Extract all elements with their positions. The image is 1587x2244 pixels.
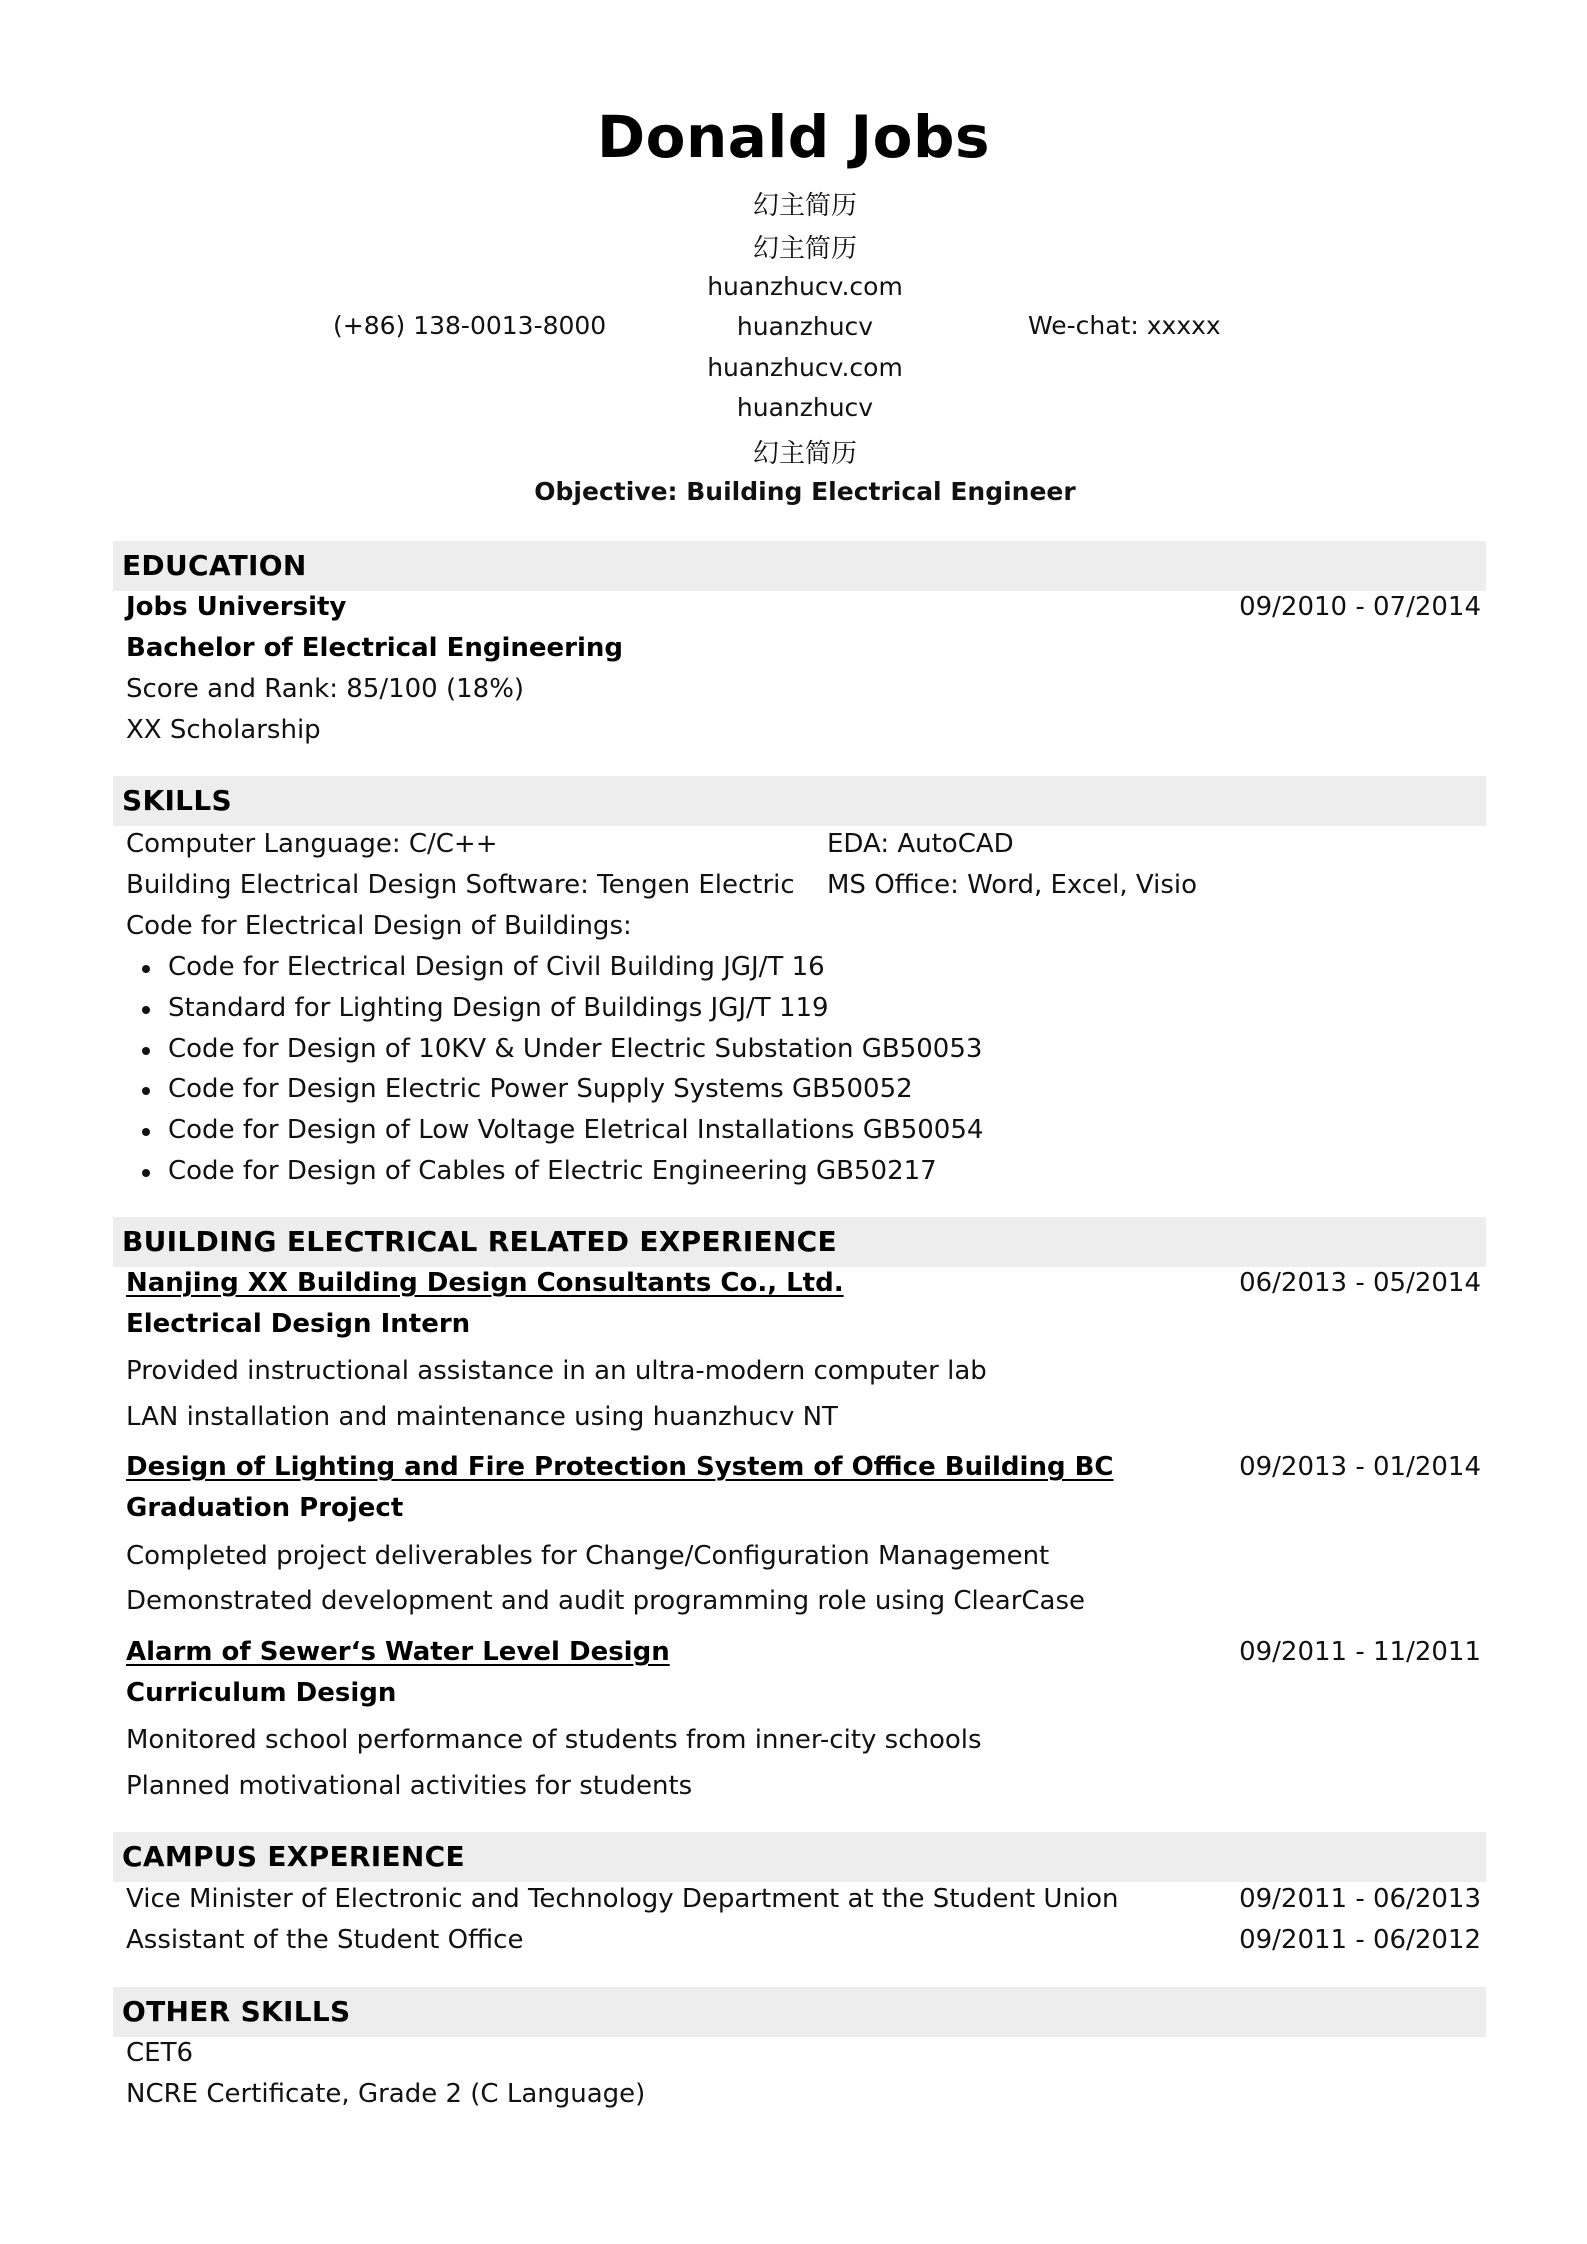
experience-dates: 09/2013 - 01/2014 <box>1239 1452 1481 1482</box>
bullet-icon <box>142 1169 150 1177</box>
wechat-id: We-chat: xxxxx <box>1028 311 1221 340</box>
header-line: 幻主简历 <box>0 185 1587 222</box>
bullet-icon <box>142 1047 150 1055</box>
code-item: Code for Design of 10KV & Under Electric… <box>168 1034 982 1064</box>
bullet-icon <box>142 1087 150 1095</box>
experience-detail: LAN installation and maintenance using h… <box>126 1402 838 1432</box>
other-skill-item: NCRE Certificate, Grade 2 (C Language) <box>126 2079 645 2109</box>
experience-detail: Demonstrated development and audit progr… <box>126 1586 1085 1616</box>
skill-codes-label: Code for Electrical Design of Buildings: <box>126 911 632 941</box>
section-title: CAMPUS EXPERIENCE <box>122 1840 465 1873</box>
experience-role: Curriculum Design <box>126 1678 396 1708</box>
code-item: Code for Design of Low Voltage Eletrical… <box>168 1115 983 1145</box>
experience-dates: 09/2011 - 11/2011 <box>1239 1637 1481 1667</box>
experience-org: Alarm of Sewer‘s Water Level Design <box>126 1637 670 1667</box>
code-item: Code for Electrical Design of Civil Buil… <box>168 952 825 982</box>
experience-org: Design of Lighting and Fire Protection S… <box>126 1452 1114 1482</box>
bullet-icon <box>142 1128 150 1136</box>
section-header-experience: BUILDING ELECTRICAL RELATED EXPERIENCE <box>113 1217 1486 1267</box>
school-name: Jobs University <box>126 592 346 622</box>
other-skill-item: CET6 <box>126 2038 193 2068</box>
experience-detail: Provided instructional assistance in an … <box>126 1356 987 1386</box>
header-line: huanzhucv <box>0 393 1587 422</box>
score-rank: Score and Rank: 85/100 (18%) <box>126 674 524 704</box>
experience-role: Electrical Design Intern <box>126 1309 470 1339</box>
phone-number: (+86) 138-0013-8000 <box>333 311 606 340</box>
campus-role: Vice Minister of Electronic and Technolo… <box>126 1884 1119 1914</box>
header-line: 幻主简历 <box>0 433 1587 470</box>
campus-role: Assistant of the Student Office <box>126 1925 523 1955</box>
code-item: Code for Design of Cables of Electric En… <box>168 1156 937 1186</box>
education-dates: 09/2010 - 07/2014 <box>1239 592 1481 622</box>
skill-eda: EDA: AutoCAD <box>827 829 1014 859</box>
scholarship: XX Scholarship <box>126 715 321 745</box>
section-title: OTHER SKILLS <box>122 1995 351 2028</box>
section-title: SKILLS <box>122 784 232 817</box>
skill-design-software: Building Electrical Design Software: Ten… <box>126 870 795 900</box>
code-item: Code for Design Electric Power Supply Sy… <box>168 1074 913 1104</box>
experience-role: Graduation Project <box>126 1493 403 1523</box>
objective: Objective: Building Electrical Engineer <box>0 477 1587 506</box>
section-header-skills: SKILLS <box>113 776 1486 826</box>
experience-detail: Planned motivational activities for stud… <box>126 1771 692 1801</box>
section-header-campus: CAMPUS EXPERIENCE <box>113 1832 1486 1882</box>
candidate-name: Donald Jobs <box>0 103 1587 171</box>
header-line: 幻主简历 <box>0 228 1587 265</box>
experience-dates: 06/2013 - 05/2014 <box>1239 1268 1481 1298</box>
section-title: BUILDING ELECTRICAL RELATED EXPERIENCE <box>122 1225 837 1258</box>
code-item: Standard for Lighting Design of Building… <box>168 993 829 1023</box>
section-header-education: EDUCATION <box>113 541 1486 591</box>
bullet-icon <box>142 1006 150 1014</box>
experience-org: Nanjing XX Building Design Consultants C… <box>126 1268 844 1298</box>
campus-dates: 09/2011 - 06/2012 <box>1239 1925 1481 1955</box>
website-link[interactable]: huanzhucv.com <box>0 272 1587 301</box>
degree: Bachelor of Electrical Engineering <box>126 633 623 663</box>
skill-computer-language: Computer Language: C/C++ <box>126 829 498 859</box>
experience-detail: Monitored school performance of students… <box>126 1725 982 1755</box>
skill-ms-office: MS Office: Word, Excel, Visio <box>827 870 1197 900</box>
section-header-other-skills: OTHER SKILLS <box>113 1987 1486 2037</box>
section-title: EDUCATION <box>122 549 307 582</box>
bullet-icon <box>142 965 150 973</box>
header-line: huanzhucv <box>0 312 1587 341</box>
website-link[interactable]: huanzhucv.com <box>0 353 1587 382</box>
experience-detail: Completed project deliverables for Chang… <box>126 1541 1049 1571</box>
campus-dates: 09/2011 - 06/2013 <box>1239 1884 1481 1914</box>
